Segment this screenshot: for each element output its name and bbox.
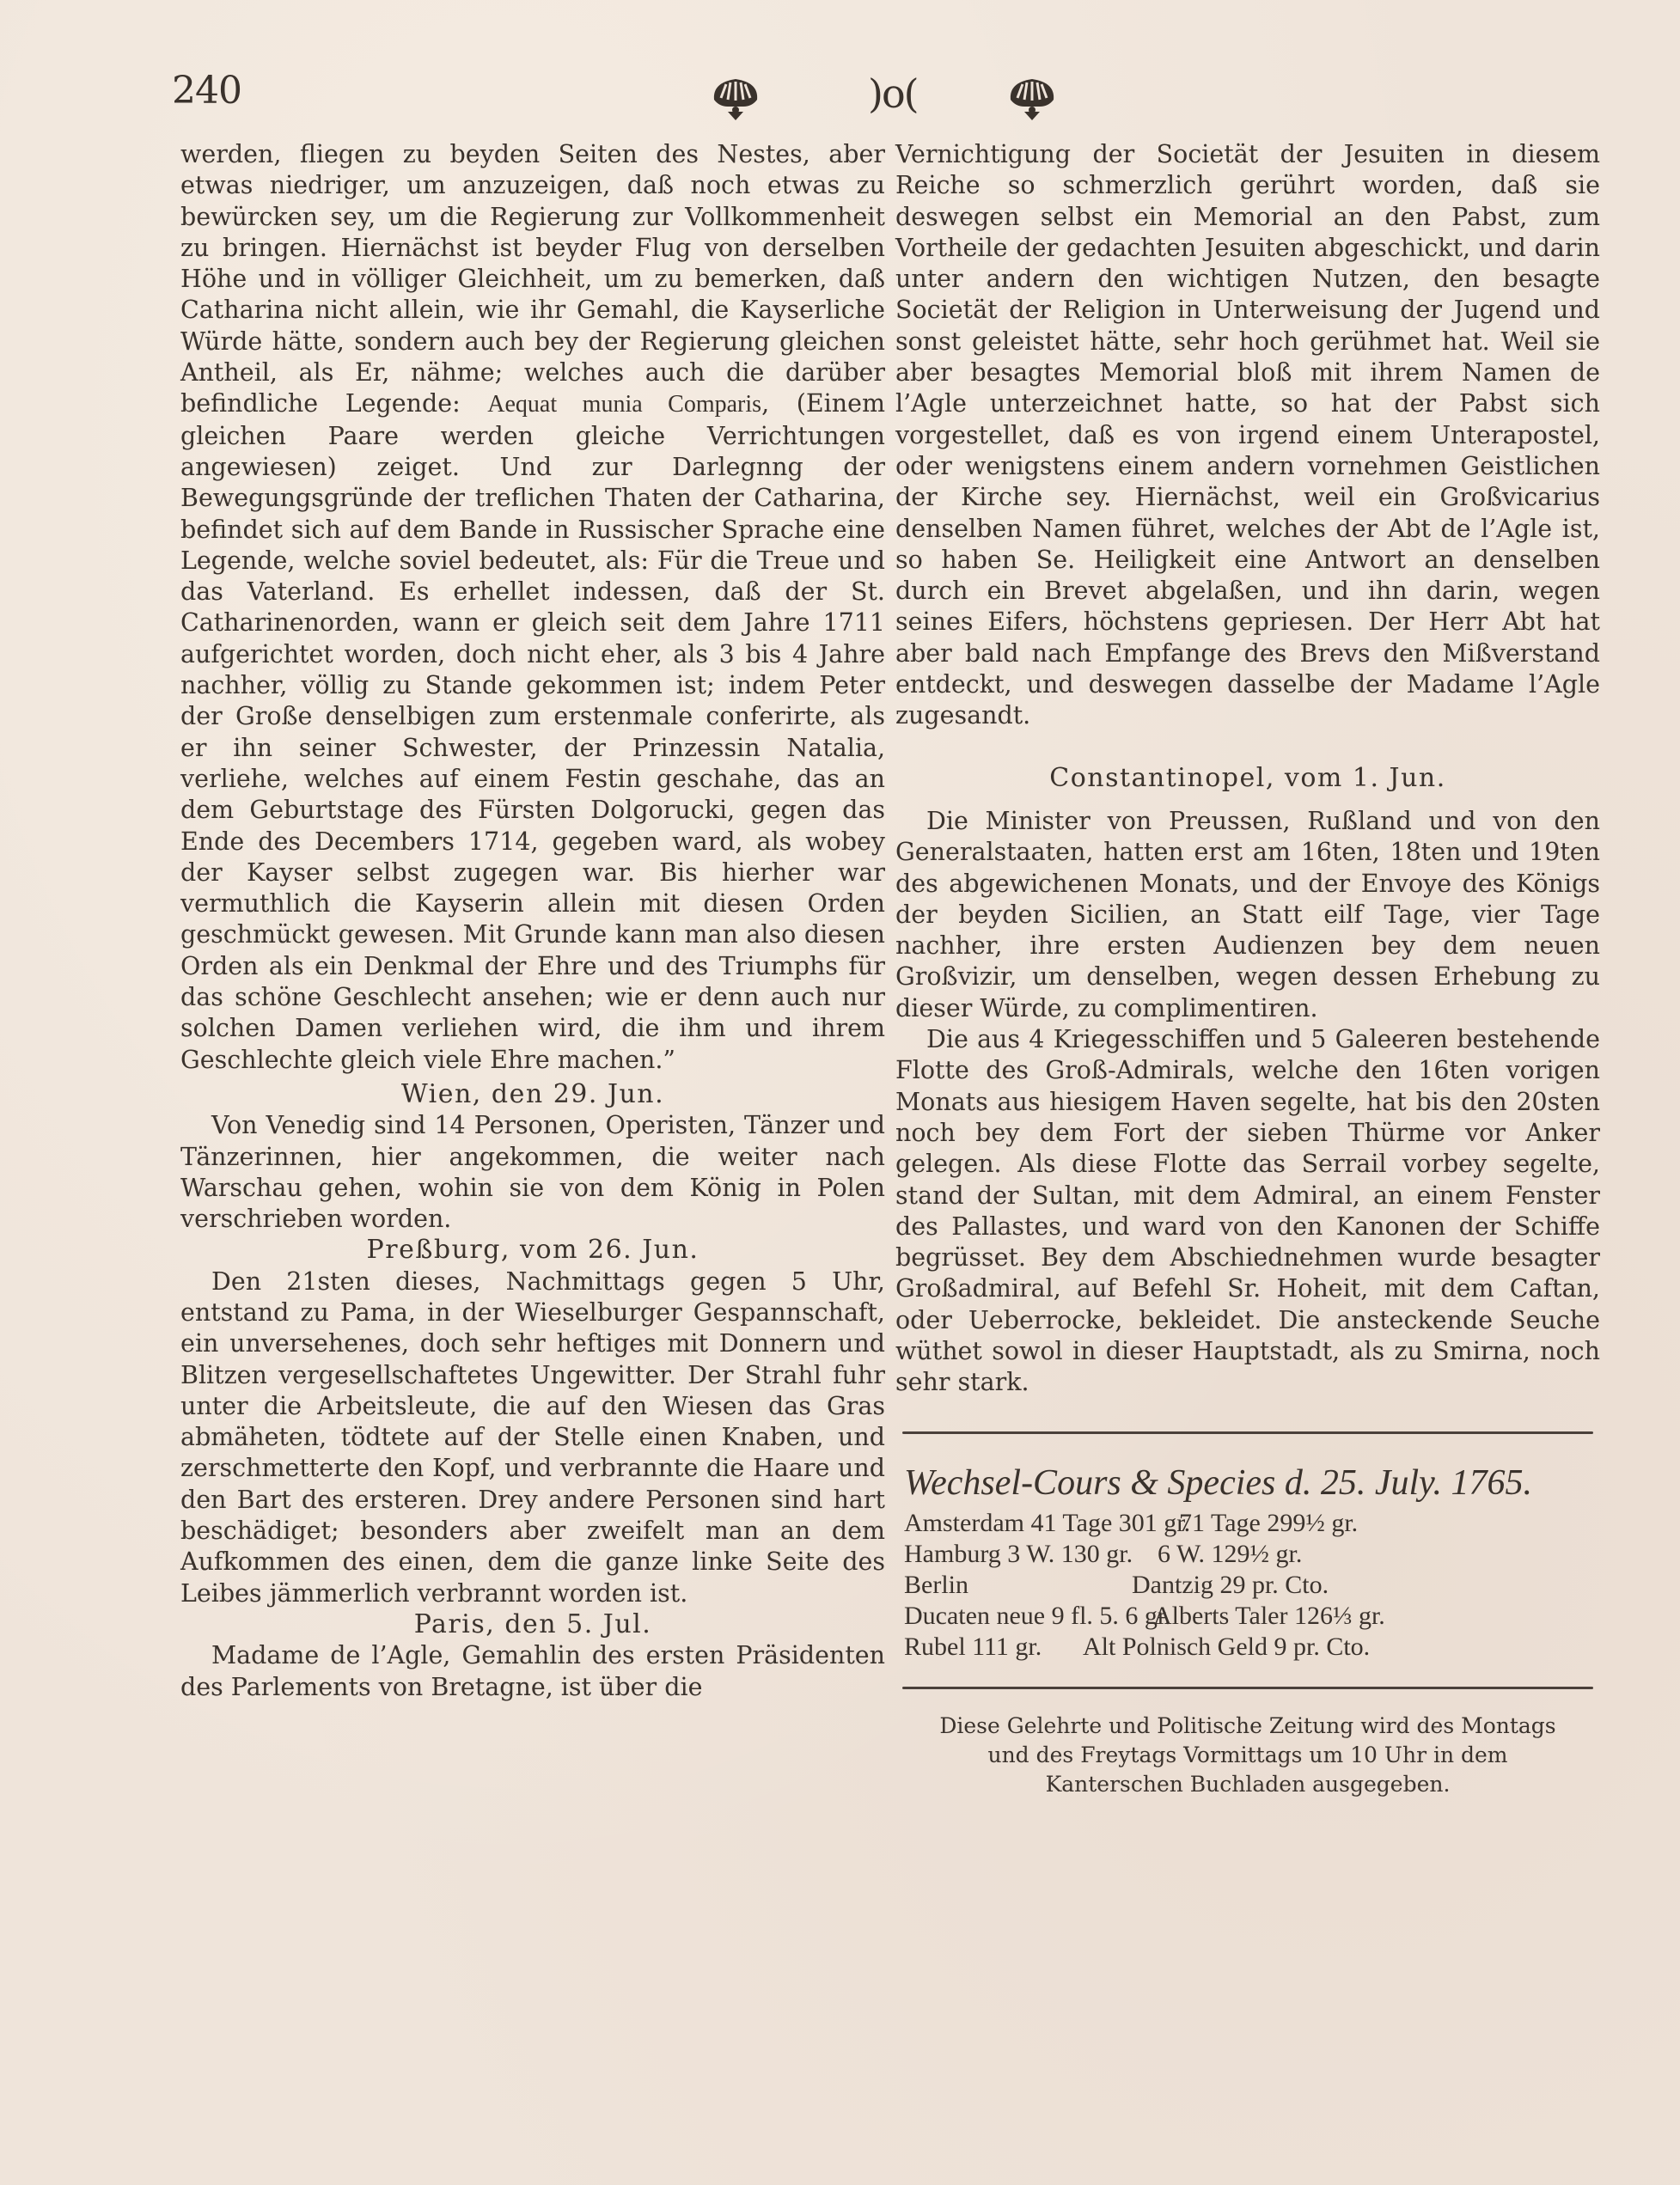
section-divider-rule [902,1431,1593,1434]
scallop-shell-ornament-icon [709,74,762,122]
exchange-rates-table: Wechsel-Cours & Species d. 25. July. 176… [895,1462,1600,1663]
exchange-cell-left: Rubel 111 gr. [904,1632,1042,1663]
exchange-row: Ducaten neue 9 fl. 5. 6 gr. Alberts Tale… [895,1601,1600,1632]
article-paris: Madame de l’Agle, Gemahlin des ersten Pr… [180,1640,885,1703]
article-text: werden, fliegen zu beyden Seiten des Nes… [180,140,885,418]
article-continuation-catharine-order: werden, fliegen zu beyden Seiten des Nes… [180,139,885,1076]
exchange-cell-left: Berlin [904,1570,968,1601]
exchange-cell-left: Hamburg 3 W. 130 gr. [904,1539,1133,1570]
exchange-rates-title: Wechsel-Cours & Species d. 25. July. 176… [904,1462,1600,1504]
dateline-wien: Wien, den 29. Jun. [180,1079,885,1110]
scallop-shell-ornament-icon [1005,74,1059,122]
article-constantinople-ministers: Die Minister von Preussen, Rußland und v… [895,806,1600,1024]
notice-line: Kanterschen Buchladen ausgegeben. [895,1770,1600,1799]
newspaper-page: 240 )o( werden, fliegen zu beyden Seiten… [0,0,1680,2185]
header-ornament-divider: )o( [868,70,918,117]
exchange-cell-left: Amsterdam 41 Tage 301 gr. [904,1508,1190,1539]
exchange-row: Hamburg 3 W. 130 gr. 6 W. 129½ gr. [895,1539,1600,1570]
article-constantinople-fleet: Die aus 4 Kriegesschiffen und 5 Galeeren… [895,1024,1600,1399]
exchange-row: Amsterdam 41 Tage 301 gr. 71 Tage 299½ g… [895,1508,1600,1539]
publication-notice: Diese Gelehrte und Politische Zeitung wi… [895,1712,1600,1799]
right-column: Vernichtigung der Societät der Jesuiten … [895,139,1600,1799]
exchange-cell-right: Alt Polnisch Geld 9 pr. Cto. [1083,1632,1370,1663]
article-pressburg: Den 21sten dieses, Nachmittags gegen 5 U… [180,1266,885,1609]
section-divider-rule [902,1687,1593,1689]
exchange-cell-right: Alberts Taler 126⅓ gr. [1153,1601,1385,1632]
left-column: werden, fliegen zu beyden Seiten des Nes… [180,139,885,1703]
article-wien: Von Venedig sind 14 Personen, Operisten,… [180,1110,885,1235]
exchange-row: Rubel 111 gr. Alt Polnisch Geld 9 pr. Ct… [895,1632,1600,1663]
exchange-cell-right: 6 W. 129½ gr. [1158,1539,1302,1570]
exchange-row: Berlin Dantzig 29 pr. Cto. [895,1570,1600,1601]
latin-legend: Aequat munia Comparis [487,391,761,418]
notice-line: Diese Gelehrte und Politische Zeitung wi… [895,1712,1600,1741]
article-text: , (Einem gleichen Paare werden gleiche V… [180,389,885,1073]
exchange-cell-right: Dantzig 29 pr. Cto. [1132,1570,1329,1601]
article-paris-continued: Vernichtigung der Societät der Jesuiten … [895,139,1600,732]
exchange-cell-right: 71 Tage 299½ gr. [1179,1508,1358,1539]
notice-line: und des Freytags Vormittags um 10 Uhr in… [895,1741,1600,1770]
page-header: 240 )o( [172,69,1598,129]
dateline-pressburg: Preßburg, vom 26. Jun. [180,1235,885,1266]
dateline-constantinople: Constantinopel, vom 1. Jun. [895,763,1600,794]
page-number: 240 [172,69,241,113]
dateline-paris: Paris, den 5. Jul. [180,1609,885,1640]
exchange-cell-left: Ducaten neue 9 fl. 5. 6 gr. [904,1601,1171,1632]
